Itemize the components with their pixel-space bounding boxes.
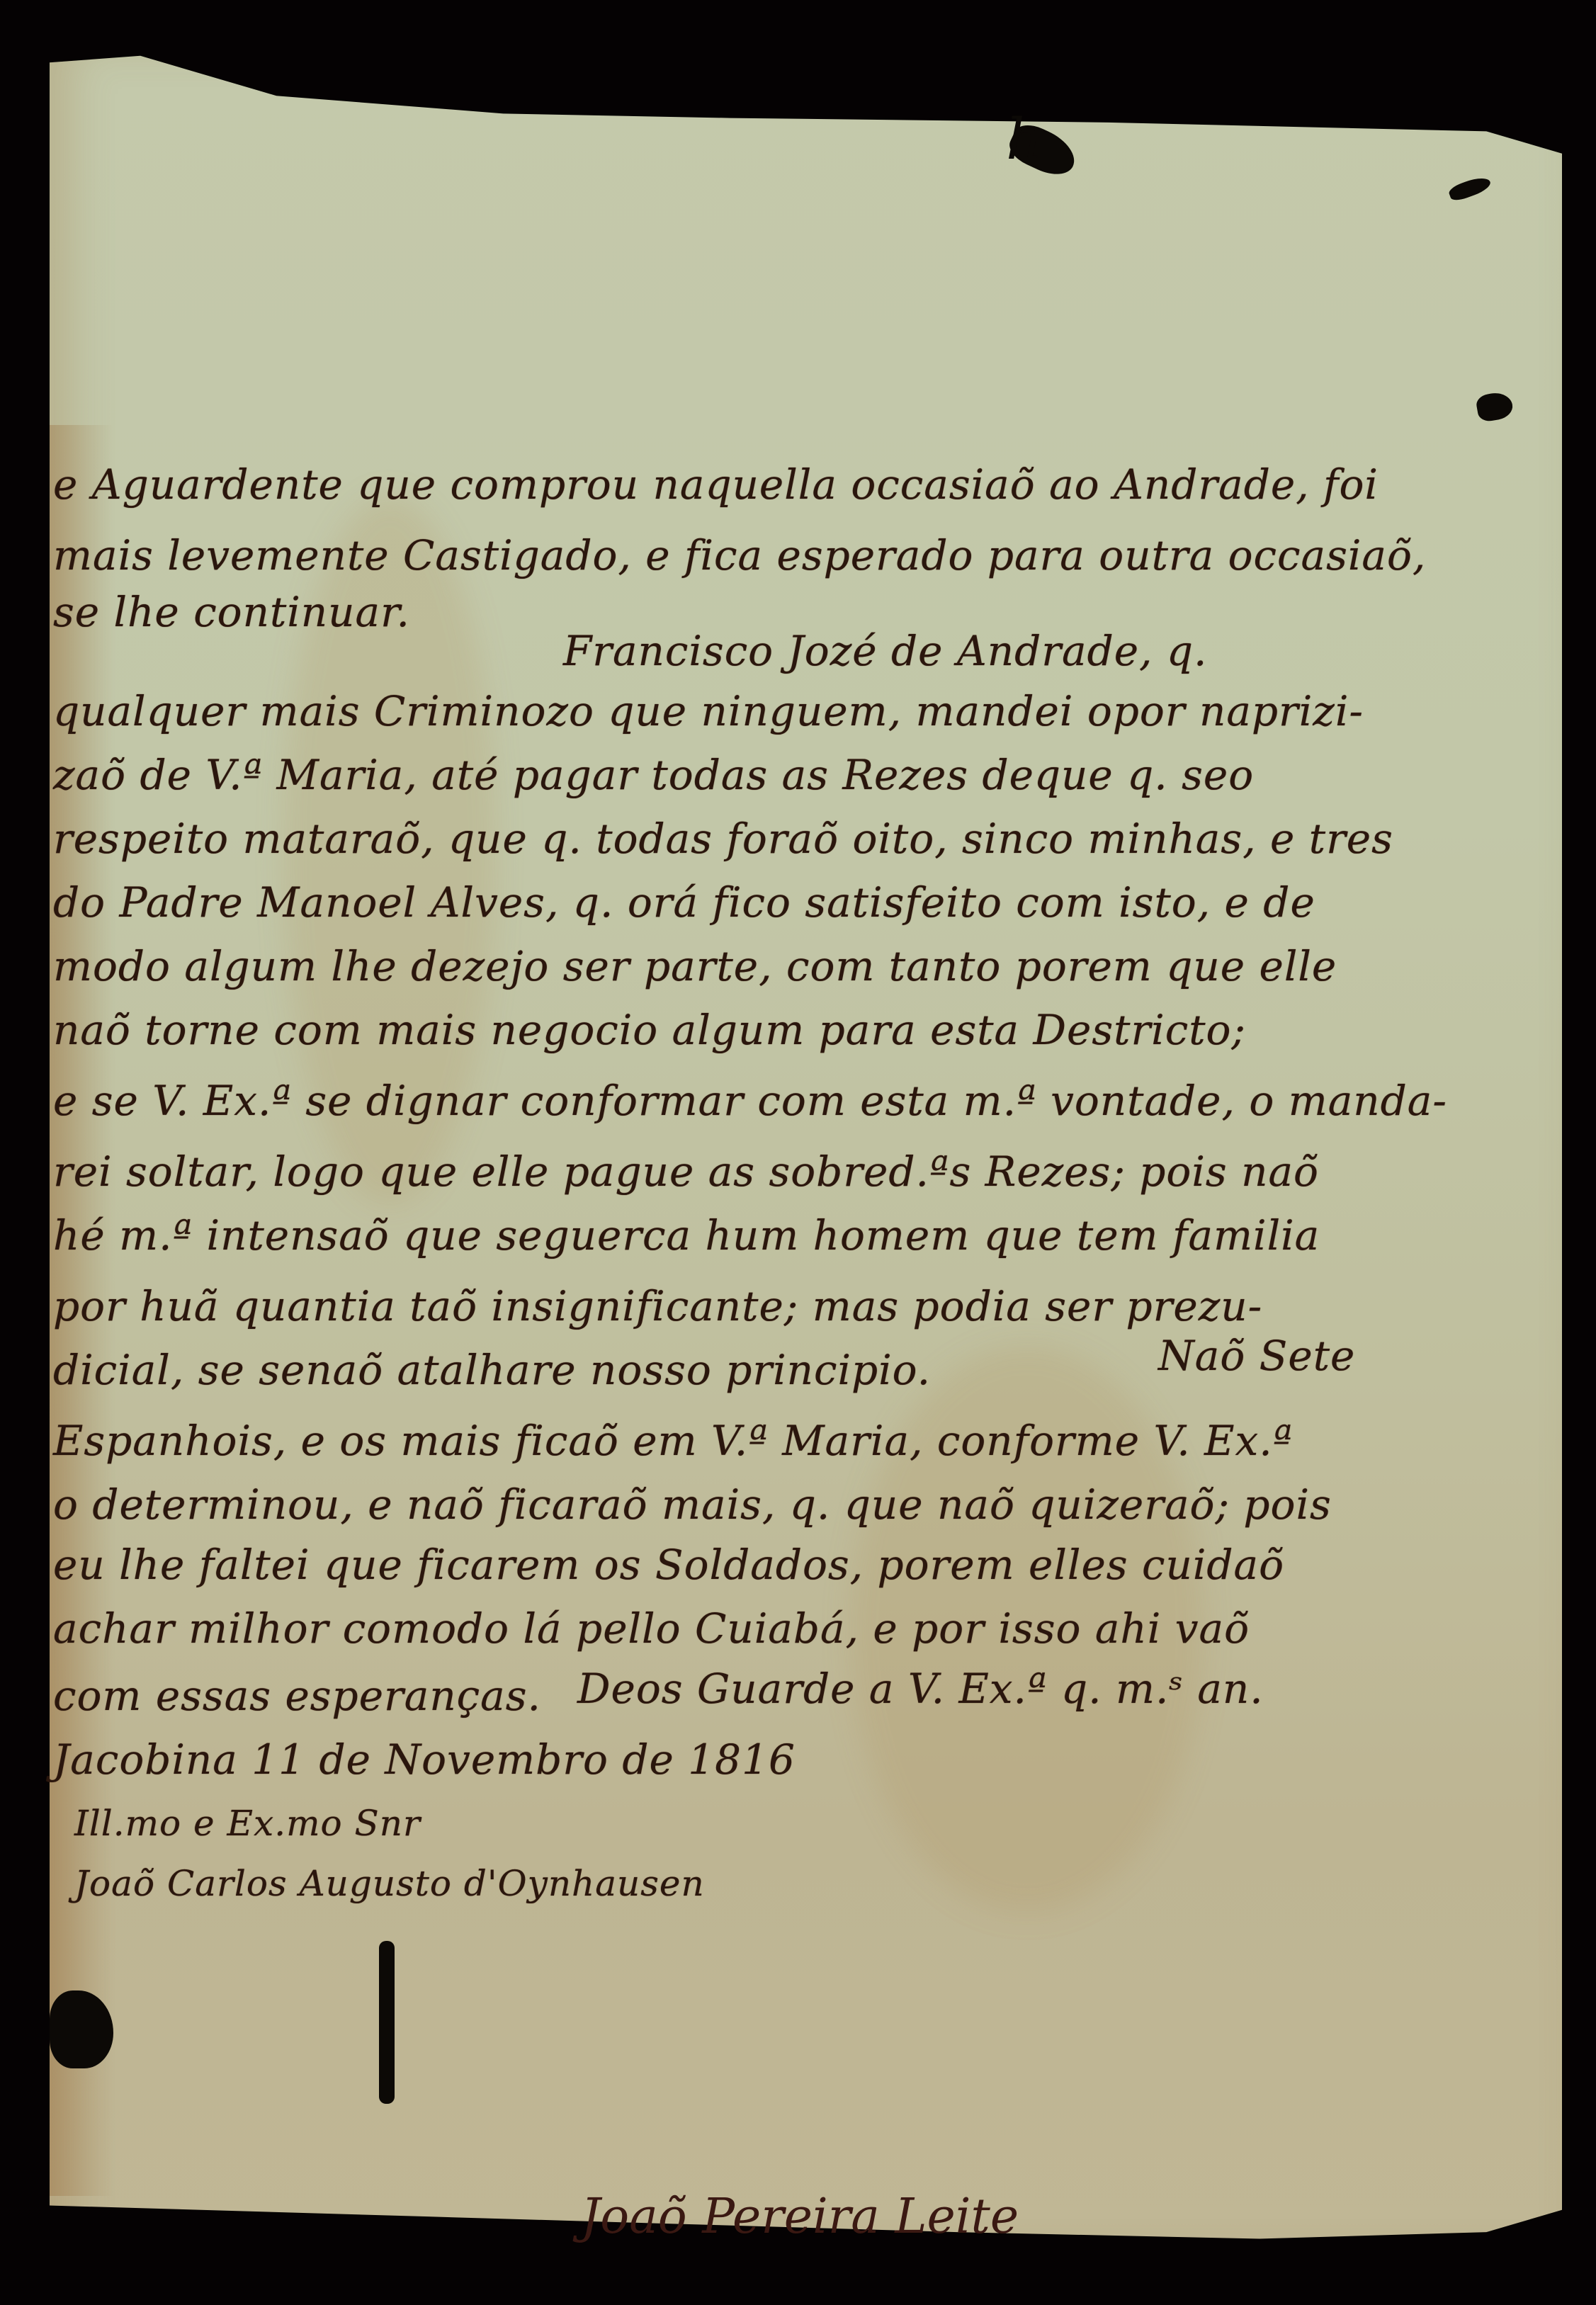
letter-body: e Aguardente que comprou naquella occasi… (53, 460, 1399, 2231)
text-line: e se V. Ex.ª se dignar conformar com est… (53, 1077, 1447, 1125)
text-line: achar milhor comodo lá pello Cuiabá, e p… (53, 1604, 1250, 1653)
text-line: zaõ de V.ª Maria, até pagar todas as Rez… (53, 751, 1254, 799)
text-line: naõ torne com mais negocio algum para es… (53, 1006, 1246, 1054)
text-line: rei soltar, logo que elle pague as sobre… (53, 1148, 1319, 1196)
text-line: por huã quantia taõ insignificante; mas … (53, 1282, 1262, 1330)
text-line: dicial, se senaõ atalhare nosso principi… (53, 1346, 931, 1394)
addressee-salutation: Ill.mo e Ex.mo Snr (74, 1803, 421, 1844)
text-line: do Padre Manoel Alves, q. orá fico satis… (53, 878, 1315, 927)
top-mark: ℎ (1006, 106, 1043, 172)
text-line: Francisco Jozé de Andrade, q. (563, 627, 1207, 675)
text-line: eu lhe faltei que ficarem os Soldados, p… (53, 1541, 1284, 1589)
text-line: modo algum lhe dezejo ser parte, com tan… (53, 942, 1337, 990)
text-line: hé m.ª intensaõ que seguerca hum homem q… (53, 1211, 1320, 1259)
text-line: se lhe continuar. (53, 588, 410, 636)
text-line: o determinou, e naõ ficaraõ mais, q. que… (53, 1480, 1332, 1529)
text-line: respeito mataraõ, que q. todas foraõ oit… (53, 815, 1393, 863)
text-line: mais levemente Castigado, e fica esperad… (53, 531, 1426, 579)
addressee-name: Joaõ Carlos Augusto d'Oynhausen (74, 1863, 705, 1904)
text-line: qualquer mais Criminozo que ninguem, man… (53, 687, 1364, 735)
signature: Joaõ Pereira Leite (581, 2189, 1019, 2245)
dateline: Jacobina 11 de Novembro de 1816 (53, 1735, 796, 1784)
closing-line: Deos Guarde a V. Ex.ª q. m.ˢ an. (577, 1665, 1264, 1713)
text-line: Espanhois, e os mais ficaõ em V.ª Maria,… (53, 1417, 1293, 1465)
text-line: e Aguardente que comprou naquella occasi… (53, 460, 1379, 509)
text-line: com essas esperanças. (53, 1672, 541, 1720)
text-line: Naõ Sete (1158, 1332, 1355, 1380)
